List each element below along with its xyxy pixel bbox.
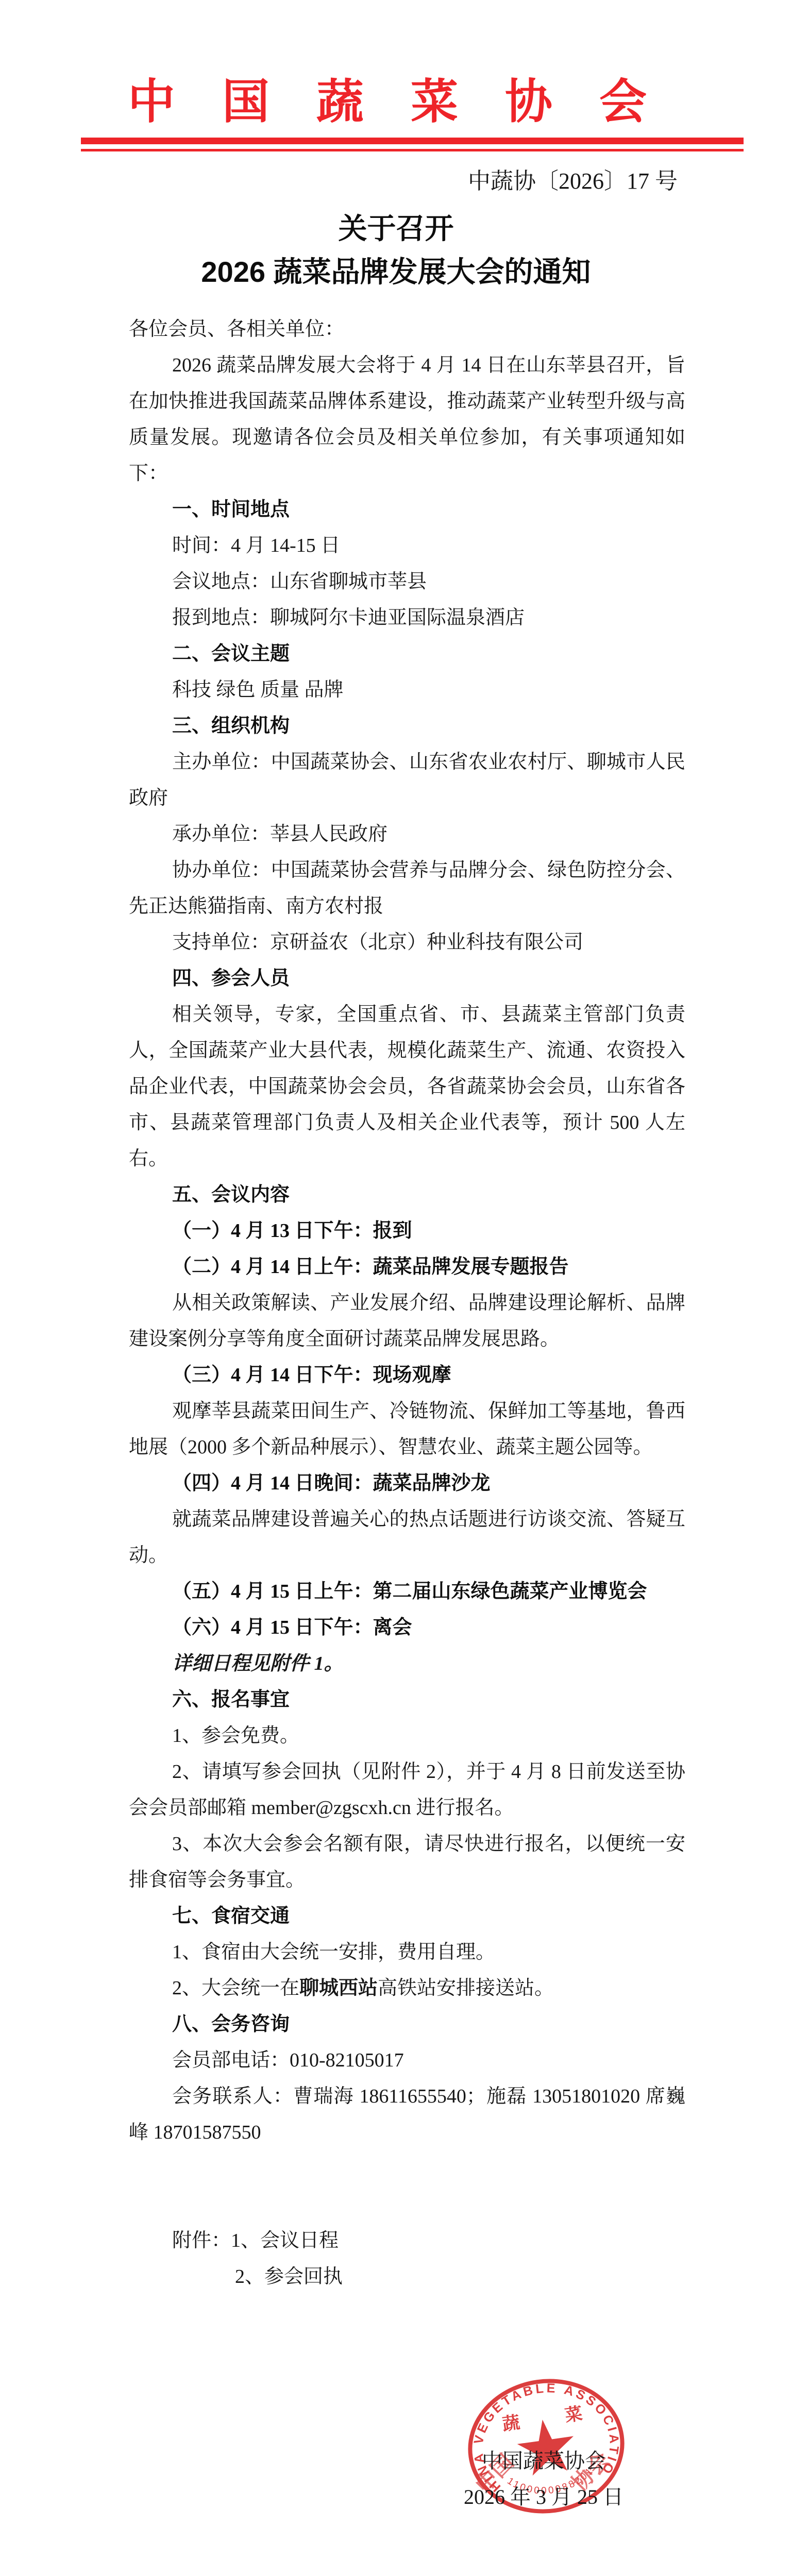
section-4-attendees: 相关领导，专家，全国重点省、市、县蔬菜主管部门负责人，全国蔬菜产业大县代表，规模…: [129, 996, 685, 1177]
section-3-organizer: 承办单位：莘县人民政府: [129, 816, 685, 852]
section-3-heading: 三、组织机构: [129, 708, 685, 744]
registration-item-2: 2、请填写参会回执（见附件 2），并于 4 月 8 日前发送至协会会员部邮箱 m…: [129, 1754, 685, 1826]
section-3-coorganizer: 协办单位：中国蔬菜协会营养与品牌分会、绿色防控分会、先正达熊猫指南、南方农村报: [129, 852, 685, 924]
attachment-line-2: 2、参会回执: [129, 2259, 685, 2295]
intro-paragraph: 2026 蔬菜品牌发展大会将于 4 月 14 日在山东莘县召开，旨在加快推进我国…: [129, 347, 685, 492]
contact-persons: 会务联系人：曹瑞海 18611655540；施磊 13051801020 席巍峰…: [129, 2078, 685, 2150]
seal-inner-top-text: 蔬 菜: [501, 2401, 604, 2434]
letterhead-org-name: 中 国 蔬 菜 协 会: [0, 76, 792, 128]
document-title: 关于召开 2026 蔬菜品牌发展大会的通知: [0, 207, 792, 294]
document-number: 中蔬协〔2026〕17 号: [0, 169, 678, 194]
section-7-heading: 七、食宿交通: [129, 1898, 685, 1934]
letterhead-rule-thin: [81, 149, 744, 151]
section-4-heading: 四、参会人员: [129, 960, 685, 996]
agenda-note: 详细日程见附件 1。: [129, 1646, 685, 1682]
closing-org-name: 中国蔬菜协会: [459, 2445, 629, 2474]
lodging-item-2-post: 高铁站安排接送站。: [378, 1977, 554, 1999]
agenda-item-4-detail: 就蔬菜品牌建设普遍关心的热点话题进行访谈交流、答疑互动。: [129, 1501, 685, 1573]
salutation: 各位会员、各相关单位：: [129, 311, 685, 347]
section-2-heading: 二、会议主题: [129, 636, 685, 672]
document-title-line1: 关于召开: [0, 207, 792, 250]
notice-document-page: 中 国 蔬 菜 协 会 中蔬协〔2026〕17 号 关于召开 2026 蔬菜品牌…: [0, 0, 792, 2576]
contact-phone: 会员部电话：010-82105017: [129, 2042, 685, 2078]
agenda-item-1: （一）4 月 13 日下午：报到: [129, 1213, 685, 1249]
section-2-theme: 科技 绿色 质量 品牌: [129, 672, 685, 708]
letterhead-rule-thick: [81, 138, 744, 144]
document-body: 各位会员、各相关单位： 2026 蔬菜品牌发展大会将于 4 月 14 日在山东莘…: [129, 311, 685, 2295]
lodging-item-2: 2、大会统一在聊城西站高铁站安排接送站。: [129, 1970, 685, 2006]
lodging-item-2-station: 聊城西站: [299, 1977, 378, 1999]
attachment-line-1: 附件：1、会议日程: [129, 2223, 685, 2259]
section-1-heading: 一、时间地点: [129, 492, 685, 528]
registration-item-1: 1、参会免费。: [129, 1718, 685, 1754]
section-6-heading: 六、报名事宜: [129, 1682, 685, 1718]
agenda-item-6: （六）4 月 15 日下午：离会: [129, 1609, 685, 1646]
agenda-item-5: （五）4 月 15 日上午：第二届山东绿色蔬菜产业博览会: [129, 1573, 685, 1609]
section-3-support: 支持单位：京研益农（北京）种业科技有限公司: [129, 924, 685, 960]
agenda-item-2-detail: 从相关政策解读、产业发展介绍、品牌建设理论解析、品牌建设案例分享等角度全面研讨蔬…: [129, 1285, 685, 1357]
section-8-heading: 八、会务咨询: [129, 2006, 685, 2042]
section-3-host: 主办单位：中国蔬菜协会、山东省农业农村厅、聊城市人民政府: [129, 744, 685, 816]
section-1-venue: 会议地点：山东省聊城市莘县: [129, 564, 685, 600]
agenda-item-3: （三）4 月 14 日下午：现场观摩: [129, 1357, 685, 1393]
closing-date: 2026 年 3 月 25 日: [448, 2481, 639, 2510]
agenda-item-2: （二）4 月 14 日上午：蔬菜品牌发展专题报告: [129, 1249, 685, 1285]
section-1-checkin: 报到地点：聊城阿尔卡迪亚国际温泉酒店: [129, 600, 685, 636]
document-title-line2: 2026 蔬菜品牌发展大会的通知: [0, 250, 792, 294]
agenda-item-4: （四）4 月 14 日晚间：蔬菜品牌沙龙: [129, 1465, 685, 1501]
lodging-item-1: 1、食宿由大会统一安排，费用自理。: [129, 1934, 685, 1970]
section-1-time: 时间：4 月 14-15 日: [129, 528, 685, 564]
agenda-item-3-detail: 观摩莘县蔬菜田间生产、冷链物流、保鲜加工等基地，鲁西地展（2000 多个新品种展…: [129, 1393, 685, 1465]
registration-item-3: 3、本次大会参会名额有限，请尽快进行报名，以便统一安排食宿等会务事宜。: [129, 1826, 685, 1898]
lodging-item-2-pre: 2、大会统一在: [172, 1977, 299, 1999]
section-5-heading: 五、会议内容: [129, 1177, 685, 1213]
